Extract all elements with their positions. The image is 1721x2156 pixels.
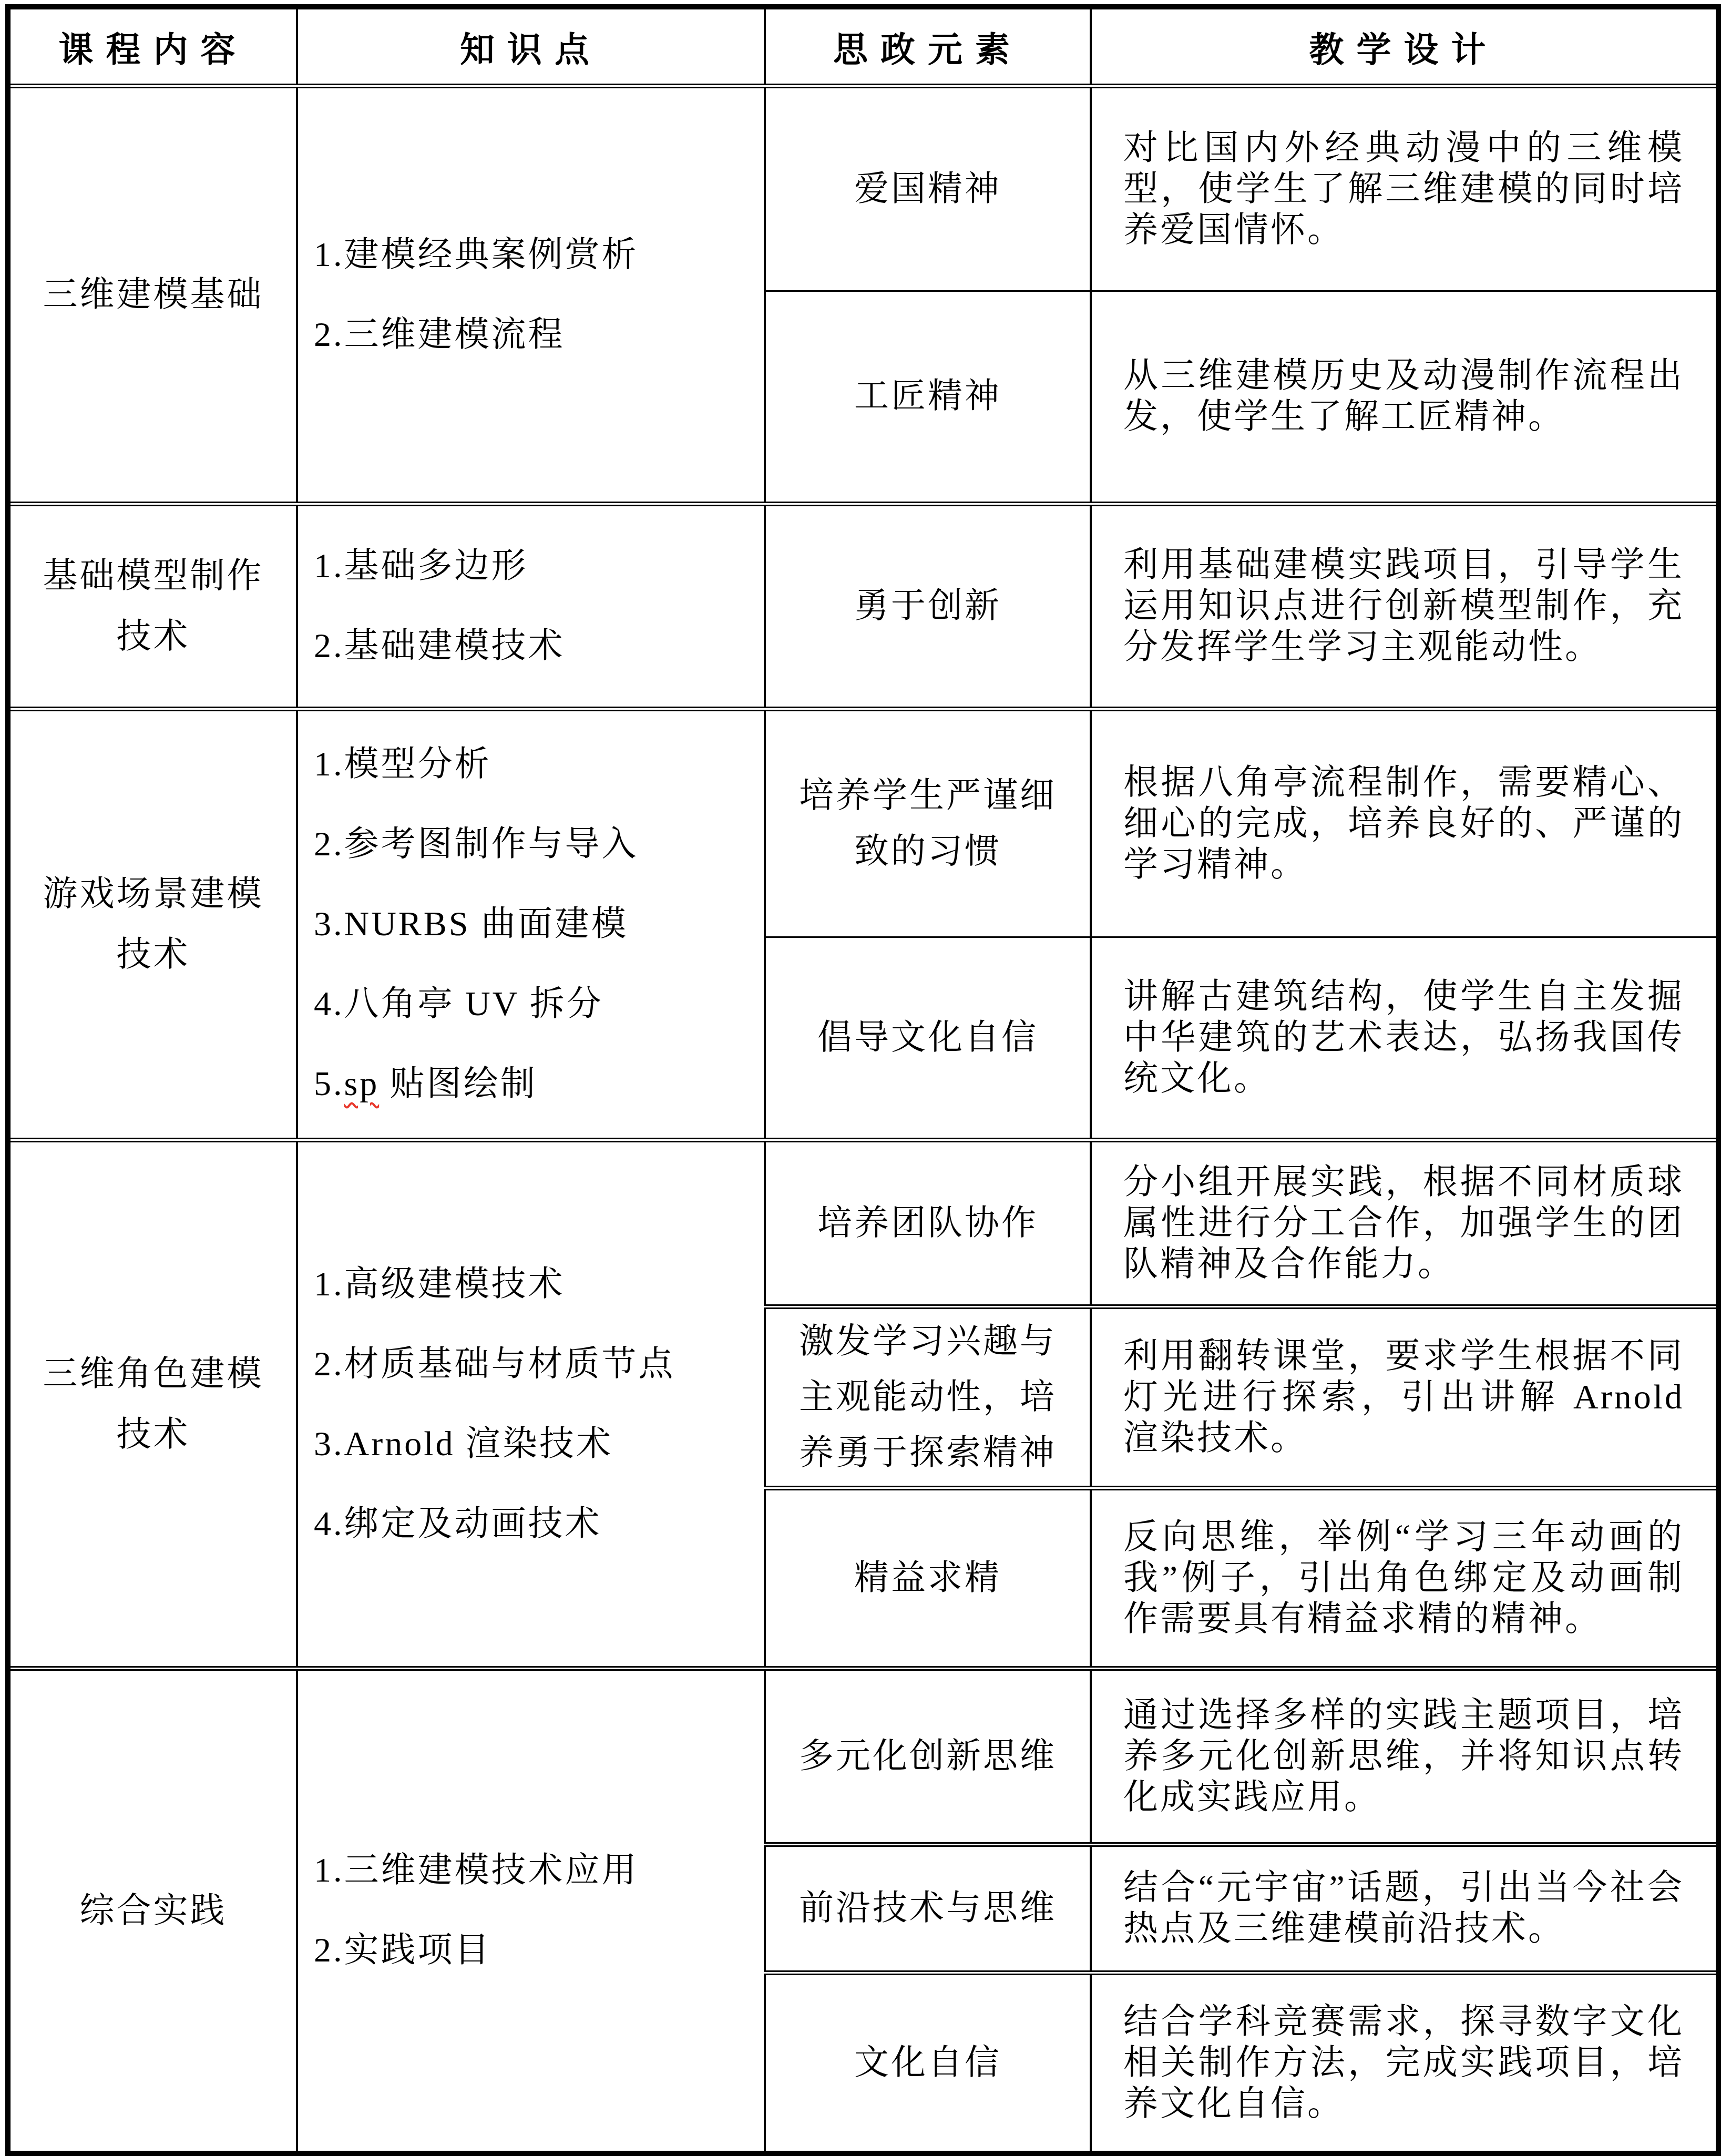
knowledge-points-list: 1.高级建模技术 2.材质基础与材质节点 3.Arnold 渲染技术 4.绑定及…: [314, 1244, 753, 1564]
teaching-design-cell: 分小组开展实践，根据不同材质球属性进行分工合作，加强学生的团队精神及合作能力。: [1091, 1140, 1718, 1306]
knowledge-point-item: 2.材质基础与材质节点: [314, 1324, 753, 1404]
knowledge-points-cell: 1.模型分析 2.参考图制作与导入 3.NURBS 曲面建模 4.八角亭 UV …: [297, 709, 765, 1140]
ideology-element-cell: 勇于创新: [765, 504, 1091, 709]
course-cell-3d-modeling-basics: 三维建模基础: [8, 86, 297, 504]
knowledge-point-item: 2.实践项目: [314, 1910, 753, 1990]
knowledge-point-item: 1.三维建模技术应用: [314, 1831, 753, 1910]
knowledge-points-cell: 1.高级建模技术 2.材质基础与材质节点 3.Arnold 渲染技术 4.绑定及…: [297, 1140, 765, 1668]
header-ideology-element: 思政元素: [765, 7, 1091, 86]
knowledge-point-item: 3.NURBS 曲面建模: [314, 884, 753, 964]
knowledge-point-item: 1.基础多边形: [314, 526, 753, 606]
ideology-element-cell: 爱国精神: [765, 86, 1091, 291]
header-course-content: 课程内容: [8, 7, 297, 86]
ideology-element-cell: 倡导文化自信: [765, 937, 1091, 1140]
teaching-design-cell: 利用基础建模实践项目，引导学生运用知识点进行创新模型制作，充分发挥学生学习主观能…: [1091, 504, 1718, 709]
table-row: 游戏场景建模技术 1.模型分析 2.参考图制作与导入 3.NURBS 曲面建模 …: [8, 709, 1718, 937]
teaching-design-cell: 讲解古建筑结构，使学生自主发掘中华建筑的艺术表达，弘扬我国传统文化。: [1091, 937, 1718, 1140]
ideology-element-cell: 前沿技术与思维: [765, 1844, 1091, 1973]
ideology-element-cell: 文化自信: [765, 1973, 1091, 2153]
document-page: { "colors": { "background": "#ffffff", "…: [0, 0, 1721, 2153]
knowledge-points-list: 1.基础多边形 2.基础建模技术: [314, 526, 753, 686]
header-knowledge-points: 知识点: [297, 7, 765, 86]
knowledge-point-item: 1.模型分析: [314, 724, 753, 804]
kp-text: 5.: [314, 1065, 344, 1103]
knowledge-point-item: 4.八角亭 UV 拆分: [314, 964, 753, 1044]
table-row: 三维角色建模技术 1.高级建模技术 2.材质基础与材质节点 3.Arnold 渲…: [8, 1140, 1718, 1306]
knowledge-point-item: 2.参考图制作与导入: [314, 804, 753, 884]
knowledge-points-list: 1.三维建模技术应用 2.实践项目: [314, 1831, 753, 1990]
knowledge-points-list: 1.建模经典案例赏析 2.三维建模流程: [314, 215, 753, 375]
knowledge-point-item: 1.建模经典案例赏析: [314, 215, 753, 295]
teaching-design-cell: 利用翻转课堂，要求学生根据不同灯光进行探索，引出讲解 Arnold 渲染技术。: [1091, 1306, 1718, 1488]
course-ideology-table: 课程内容 知识点 思政元素 教学设计 三维建模基础 1.建模经典案例赏析 2.三…: [5, 4, 1721, 2156]
knowledge-points-cell: 1.建模经典案例赏析 2.三维建模流程: [297, 86, 765, 504]
ideology-element-cell: 多元化创新思维: [765, 1668, 1091, 1844]
kp-text: 贴图绘制: [379, 1065, 537, 1103]
course-cell-3d-character-modeling: 三维角色建模技术: [8, 1140, 297, 1668]
course-cell-comprehensive-practice: 综合实践: [8, 1668, 297, 2153]
knowledge-points-cell: 1.三维建模技术应用 2.实践项目: [297, 1668, 765, 2153]
ideology-element-cell: 工匠精神: [765, 291, 1091, 504]
course-cell-basic-model-making: 基础模型制作技术: [8, 504, 297, 709]
knowledge-point-item-sp: 5.sp 贴图绘制: [314, 1044, 753, 1124]
ideology-element-cell: 培养团队协作: [765, 1140, 1091, 1306]
header-teaching-design: 教学设计: [1091, 7, 1718, 86]
teaching-design-cell: 对比国内外经典动漫中的三维模型，使学生了解三维建模的同时培养爱国情怀。: [1091, 86, 1718, 291]
knowledge-point-item: 1.高级建模技术: [314, 1244, 753, 1324]
knowledge-point-item: 2.基础建模技术: [314, 606, 753, 686]
table-row: 三维建模基础 1.建模经典案例赏析 2.三维建模流程 爱国精神 对比国内外经典动…: [8, 86, 1718, 291]
table-row: 基础模型制作技术 1.基础多边形 2.基础建模技术 勇于创新 利用基础建模实践项…: [8, 504, 1718, 709]
knowledge-point-item: 3.Arnold 渲染技术: [314, 1404, 753, 1484]
knowledge-point-item: 2.三维建模流程: [314, 295, 753, 375]
table-row: 综合实践 1.三维建模技术应用 2.实践项目 多元化创新思维 通过选择多样的实践…: [8, 1668, 1718, 1844]
teaching-design-cell: 通过选择多样的实践主题项目，培养多元化创新思维，并将知识点转化成实践应用。: [1091, 1668, 1718, 1844]
teaching-design-cell: 从三维建模历史及动漫制作流程出发，使学生了解工匠精神。: [1091, 291, 1718, 504]
spellcheck-underlined-text: sp: [344, 1065, 380, 1103]
course-cell-game-scene-modeling: 游戏场景建模技术: [8, 709, 297, 1140]
ideology-element-cell: 培养学生严谨细致的习惯: [765, 709, 1091, 937]
knowledge-points-list: 1.模型分析 2.参考图制作与导入 3.NURBS 曲面建模 4.八角亭 UV …: [314, 724, 753, 1124]
ideology-element-cell: 激发学习兴趣与主观能动性，培养勇于探索精神: [765, 1306, 1091, 1488]
teaching-design-cell: 反向思维，举例“学习三年动画的我”例子，引出角色绑定及动画制作需要具有精益求精的…: [1091, 1488, 1718, 1668]
teaching-design-cell: 结合学科竞赛需求，探寻数字文化相关制作方法，完成实践项目，培养文化自信。: [1091, 1973, 1718, 2153]
teaching-design-cell: 结合“元宇宙”话题，引出当今社会热点及三维建模前沿技术。: [1091, 1844, 1718, 1973]
teaching-design-cell: 根据八角亭流程制作，需要精心、细心的完成，培养良好的、严谨的学习精神。: [1091, 709, 1718, 937]
knowledge-point-item: 4.绑定及动画技术: [314, 1484, 753, 1564]
ideology-element-cell: 精益求精: [765, 1488, 1091, 1668]
table-header-row: 课程内容 知识点 思政元素 教学设计: [8, 7, 1718, 86]
knowledge-points-cell: 1.基础多边形 2.基础建模技术: [297, 504, 765, 709]
